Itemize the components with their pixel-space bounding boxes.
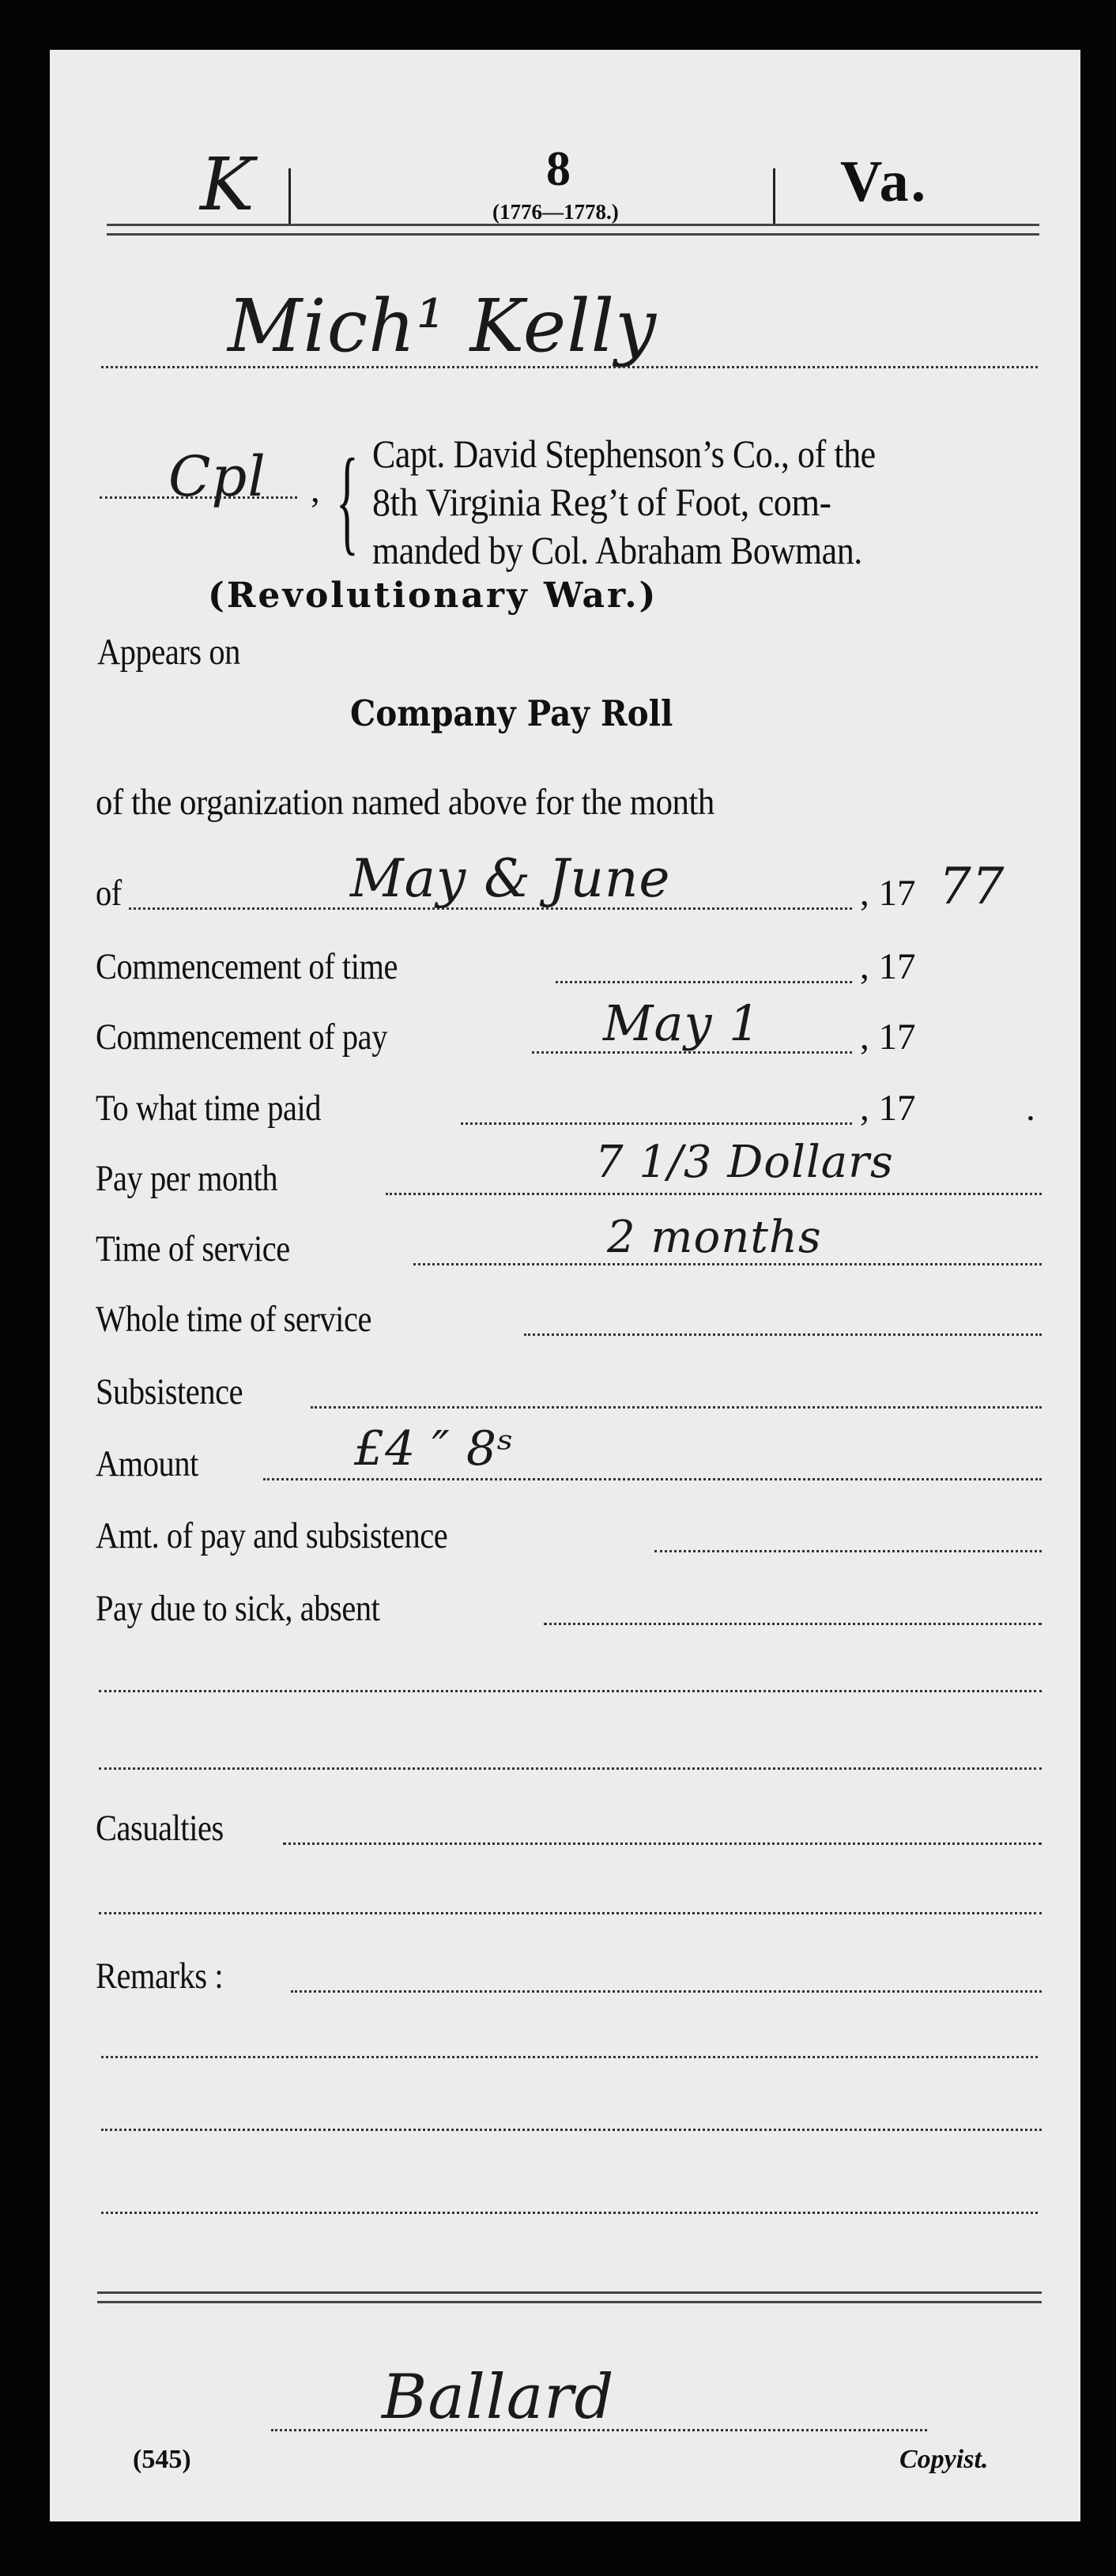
organization-line-3: manded by Col. Abraham Bowman. xyxy=(372,527,862,573)
amt-pay-subsistence-line xyxy=(654,1550,1042,1552)
form-number: (545) xyxy=(133,2445,191,2475)
pay-per-month-label: Pay per month xyxy=(96,1157,277,1200)
blank-line-4 xyxy=(101,2056,1038,2058)
appears-on: Appears on xyxy=(97,631,240,673)
amt-pay-subsistence-label: Amt. of pay and subsistence xyxy=(96,1514,447,1557)
war-title: (Revolutionary War.) xyxy=(208,575,658,616)
time-of-service-value[interactable]: 2 months xyxy=(607,1212,822,1263)
blank-line-6 xyxy=(101,2212,1038,2214)
soldier-rank: Cpl xyxy=(168,445,266,508)
regiment-years: (1776—1778.) xyxy=(492,200,619,224)
index-initial: K xyxy=(200,149,255,221)
copyist-signature: Ballard xyxy=(382,2362,614,2433)
subsistence-label: Subsistence xyxy=(96,1371,243,1413)
pay-due-sick-label: Pay due to sick, absent xyxy=(96,1587,379,1630)
pay-per-month-value[interactable]: 7 1/3 Dollars xyxy=(595,1137,894,1188)
commencement-time-line xyxy=(556,981,852,983)
whole-time-of-service-label: Whole time of service xyxy=(96,1298,371,1341)
regiment-number: 8 xyxy=(546,145,571,194)
organization-line-1: Capt. David Stephenson’s Co., of the xyxy=(372,431,876,477)
organization-brace: { xyxy=(336,441,359,560)
remarks-label: Remarks : xyxy=(96,1955,223,1997)
commencement-pay-value[interactable]: May 1 xyxy=(603,994,761,1052)
remarks-line xyxy=(291,1990,1042,1993)
blank-line-3 xyxy=(99,1912,1042,1914)
header-rule-bottom xyxy=(107,233,1039,236)
header-divider-left xyxy=(288,168,291,225)
commencement-pay-label: Commencement of pay xyxy=(96,1016,387,1058)
commencement-time-year: , 17 xyxy=(860,945,916,988)
footer-rule-bottom xyxy=(97,2301,1042,2303)
subsistence-line xyxy=(311,1406,1042,1409)
amount-value[interactable]: £4 ″ 8ˢ xyxy=(354,1421,514,1477)
month-year-prefix: , 17 xyxy=(860,872,916,915)
record-card: K 8 (1776—1778.) Va. Mich¹ Kelly Cpl , {… xyxy=(50,50,1080,2521)
roll-description: of the organization named above for the … xyxy=(96,781,714,824)
whole-time-of-service-line xyxy=(524,1333,1042,1336)
state: Va. xyxy=(840,153,928,211)
soldier-name: Mich¹ Kelly xyxy=(228,287,657,366)
month-year-suffix[interactable]: 77 xyxy=(939,858,1005,916)
time-of-service-line xyxy=(413,1263,1042,1265)
time-of-service-label: Time of service xyxy=(96,1228,290,1270)
to-what-time-paid-trailing: . xyxy=(1026,1087,1035,1130)
pay-due-sick-line xyxy=(544,1623,1042,1625)
to-what-time-paid-year: , 17 xyxy=(860,1087,916,1130)
rank-line xyxy=(100,496,297,499)
header-divider-right xyxy=(773,168,775,225)
copyist-label: Copyist. xyxy=(899,2445,988,2475)
casualties-label: Casualties xyxy=(96,1807,224,1850)
blank-line-1 xyxy=(99,1690,1042,1692)
organization-line-2: 8th Virginia Reg’t of Foot, com- xyxy=(372,479,831,525)
footer-rule-top xyxy=(97,2291,1042,2294)
month-value[interactable]: May & June xyxy=(350,848,670,909)
rank-comma: , xyxy=(311,469,320,511)
commencement-time-label: Commencement of time xyxy=(96,945,398,988)
month-label: of xyxy=(96,872,122,915)
blank-line-2 xyxy=(99,1767,1042,1770)
blank-line-5 xyxy=(101,2129,1042,2131)
pay-per-month-line xyxy=(386,1193,1042,1195)
casualties-line xyxy=(283,1842,1042,1845)
to-what-time-paid-line xyxy=(461,1122,852,1125)
signature-line xyxy=(271,2429,927,2431)
amount-line xyxy=(263,1478,1042,1480)
name-line xyxy=(101,366,1038,368)
to-what-time-paid-label: To what time paid xyxy=(96,1087,321,1130)
commencement-pay-year: , 17 xyxy=(860,1016,916,1058)
amount-label: Amount xyxy=(96,1443,198,1485)
roll-type: Company Pay Roll xyxy=(350,692,673,734)
header-rule-top xyxy=(107,224,1039,226)
